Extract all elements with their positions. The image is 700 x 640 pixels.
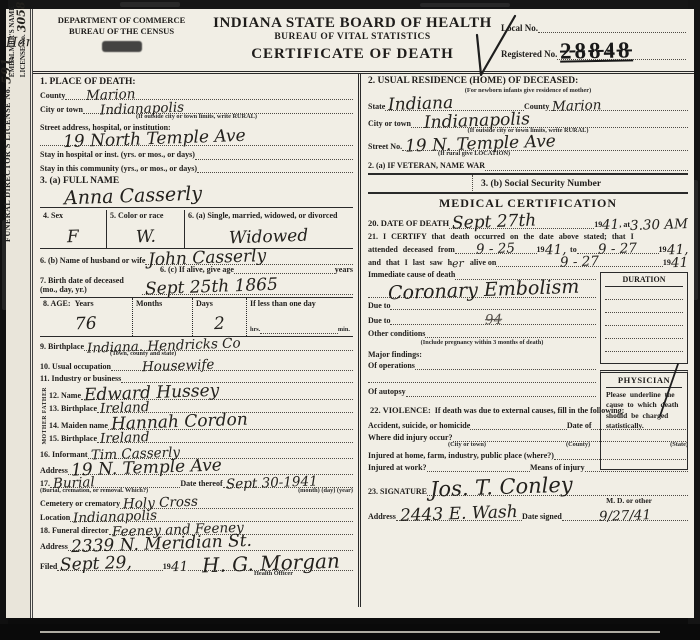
photo-blotch: [420, 3, 510, 7]
date-signed-label: Date signed: [522, 512, 562, 521]
filed-date-value: Sept 29,: [60, 556, 132, 574]
injured-work-line: [427, 463, 530, 472]
vitals-row: 4. Sex F 5. Color or race W. 6. (a) Sing…: [40, 210, 353, 249]
accident-label: Accident, suicide, or homicide: [368, 421, 470, 430]
age-months-label: Months: [136, 299, 189, 308]
mother-birthplace-label: 15. Birthplace: [49, 434, 97, 443]
age-min-label: min.: [338, 327, 350, 334]
burial-date-label: Date thereof: [180, 479, 222, 488]
autopsy-field: Of autopsy: [368, 387, 596, 396]
birthdate-field: 7. Birth date of deceased (mo., day, yr.…: [40, 276, 353, 294]
physician-address-field: Address 2443 E. Wash Date signed 9/27/41: [368, 507, 688, 521]
residence-state-line: Indiana: [385, 97, 524, 111]
medical-certification-title: MEDICAL CERTIFICATION: [368, 192, 688, 211]
department-block: DEPARTMENT OF COMMERCE BUREAU OF THE CEN…: [39, 15, 204, 52]
age-less-label: If less than one day: [250, 299, 350, 308]
mother-group: MOTHER 14. Maiden name Hannah Cordon 15.…: [40, 415, 353, 444]
cemetery-field: Cemetery or crematory Holy Cross: [40, 497, 353, 508]
birthplace-value: Indiana. Hendricks Co: [87, 337, 241, 354]
industry-line: [121, 374, 353, 383]
informant-label: 16. Informant: [40, 450, 88, 459]
industry-label: 11. Industry or business: [40, 374, 121, 383]
where-injury-label: Where did injury occur?: [368, 433, 453, 442]
informant-address-label: Address: [40, 466, 68, 475]
duration-line: [605, 287, 683, 300]
mother-maiden-field: 14. Maiden name Hannah Cordon: [49, 415, 353, 429]
title-block: INDIANA STATE BOARD OF HEALTH BUREAU OF …: [204, 15, 501, 63]
saw-year-value: 41: [671, 257, 689, 270]
embalmer-license-value: 3058: [16, 2, 27, 33]
birthdate-value: Sept 25th 1865: [145, 278, 278, 298]
dod-at-label: , at: [619, 220, 630, 229]
photo-blotch: [120, 2, 180, 7]
race-value: W.: [135, 229, 155, 245]
age-days-value: 2: [214, 317, 225, 333]
mother-birthplace-line: Ireland: [97, 432, 353, 443]
residence-street-value: 19 N. Temple Ave: [405, 135, 556, 156]
saw-date-value: 9 - 27: [560, 256, 599, 269]
dod-line: Sept 27th: [449, 215, 594, 229]
injured-work-label: Injured at work?: [368, 463, 427, 472]
marital-value: Widowed: [229, 228, 309, 246]
dateof-label: Date of: [567, 421, 592, 430]
occupation-field: 10. Usual occupation Housewife: [40, 360, 353, 371]
city-note: (If outside city or town limits, write R…: [40, 114, 353, 121]
duration-line: [605, 326, 683, 339]
to-year-prefix: 19: [659, 245, 667, 254]
mother-maiden-label: 14. Maiden name: [49, 421, 108, 430]
age-row: 8. AGE: Years 76 Months Days 2 If less t…: [40, 297, 353, 337]
dept-line1: DEPARTMENT OF COMMERCE: [39, 15, 204, 26]
saw-label: and that I last saw h: [368, 258, 452, 267]
county-field: County Marion: [40, 89, 353, 100]
residence-street-field: Street No. 19 N. Temple Ave: [368, 137, 688, 151]
residence-state-value: Indiana: [388, 96, 454, 114]
duration-line: [605, 339, 683, 352]
alive-on-label: alive on: [464, 258, 496, 267]
sex-value: F: [67, 229, 79, 245]
marital-cell: 6. (a) Single, married, widowed, or divo…: [184, 210, 353, 248]
due-to-1-label: Due to: [368, 301, 390, 310]
funeral-license-block: FUNERAL DIRECTOR'S LICENSE No. 591: [1, 0, 12, 242]
physician-address-line: 2443 E. Wash: [396, 507, 522, 521]
spouse-field: 6. (b) Name of husband or wife John Cass…: [40, 251, 353, 265]
right-column: 2. USUAL RESIDENCE (HOME) OF DECEASED: (…: [361, 74, 694, 607]
marital-label: 6. (a) Single, married, widowed, or divo…: [188, 211, 350, 220]
local-no-line: [538, 25, 686, 33]
alive-line: [234, 265, 335, 274]
other-conditions-line: [425, 329, 596, 338]
saw-pronoun: er: [452, 259, 464, 269]
attended-from-line: 9 - 25: [455, 243, 537, 254]
to-label: to: [566, 245, 577, 254]
spouse-value: John Casserly: [148, 249, 267, 268]
immediate-cause-label: Immediate cause of death: [368, 270, 455, 279]
birthplace-field: 9. Birthplace Indiana. Hendricks Co: [40, 340, 353, 351]
signature-line: Jos. T. Conley: [427, 478, 688, 496]
dod-time: 3.30 AM: [630, 218, 688, 232]
father-birthplace-label: 13. Birthplace: [49, 404, 97, 413]
attended-label: attended deceased from: [368, 245, 455, 254]
race-label: 5. Color or race: [110, 211, 181, 220]
attended-from-value: 9 - 25: [476, 242, 515, 255]
age-days-label: Days: [196, 299, 243, 308]
residence-title: 2. USUAL RESIDENCE (HOME) OF DECEASED:: [368, 76, 688, 86]
filed-date-line: Sept 29,: [57, 557, 162, 571]
county-label: County: [40, 91, 65, 100]
spouse-line: John Casserly: [145, 251, 353, 265]
father-name-line: Edward Hussey: [81, 386, 353, 400]
attended-to-line: 9 - 27: [577, 243, 659, 254]
full-name-value: Anna Casserly: [64, 185, 203, 207]
residence-city-value: Indianapolis: [424, 112, 530, 131]
residence-state-label: State: [368, 102, 385, 111]
father-group: FATHER 12. Name Edward Hussey 13. Birthp…: [40, 386, 353, 413]
age-hrs-line: [260, 325, 338, 334]
operations-label: Of operations: [368, 361, 415, 370]
city-value: Indianapolis: [100, 101, 184, 116]
birthdate-label: 7. Birth date of deceased (mo., day, yr.…: [40, 276, 142, 294]
stay-community-field: Stay in this community (yrs., or mos., o…: [40, 164, 353, 173]
embalmer-license-label: LICENSE No.: [19, 34, 27, 77]
violence-title-rest: If death was due to external causes, fil…: [435, 406, 625, 415]
age-hrs-label: hrs.: [250, 327, 260, 334]
father-name-label: 12. Name: [49, 391, 81, 400]
dod-value: Sept 27th: [452, 213, 537, 231]
other-conditions-field: Other conditions: [368, 329, 596, 338]
residence-city-field: City or town Indianapolis: [368, 114, 688, 128]
mother-maiden-line: Hannah Cordon: [108, 415, 353, 429]
duration-box: DURATION: [600, 272, 688, 364]
duration-line: [605, 313, 683, 326]
signature-value: Jos. T. Conley: [430, 476, 573, 500]
residence-county-line: Marion: [549, 100, 688, 111]
age-years-label: Years: [75, 299, 94, 308]
pregnancy-note: (Include pregnancy within 3 months of de…: [368, 340, 596, 347]
cemetery-label: Cemetery or crematory: [40, 499, 120, 508]
street-line: 19 North Temple Ave: [40, 132, 353, 146]
residence-street-line: 19 N. Temple Ave: [402, 137, 688, 151]
mother-birthplace-value: Ireland: [100, 431, 150, 445]
stay-hospital-field: Stay in hospital or inst. (yrs. or mos.,…: [40, 150, 353, 159]
cause-area: DURATION PHYSICIAN Please underline the …: [368, 270, 688, 396]
other-conditions-label: Other conditions: [368, 329, 425, 338]
bureau-subtitle: BUREAU OF VITAL STATISTICS: [204, 32, 501, 42]
saw-year-prefix: 19: [663, 258, 671, 267]
operations-field: Of operations: [368, 361, 596, 370]
major-findings-label: Major findings:: [368, 350, 596, 359]
father-name-field: 12. Name Edward Hussey: [49, 386, 353, 400]
stay-community-line: [197, 164, 353, 173]
date-of-death-field: 20. DATE OF DEATH Sept 27th 19 41 , at 3…: [368, 215, 688, 229]
ssn-label: 3. (b) Social Security Number: [473, 176, 601, 191]
mother-side-label: MOTHER: [40, 415, 49, 444]
form-number-smudge-stamp: [102, 41, 142, 52]
signature-label: 23. SIGNATURE: [368, 487, 427, 496]
signature-field: 23. SIGNATURE Jos. T. Conley: [368, 478, 688, 496]
duration-line: [605, 300, 683, 313]
physician-address-label: Address: [368, 512, 396, 521]
due-to-2-label: Due to: [368, 316, 390, 325]
county-line: Marion: [65, 89, 353, 100]
filed-label: Filed: [40, 562, 57, 571]
numbers-block: Local No. Registered No. 28848: [501, 15, 686, 69]
street-value: 19 North Temple Ave: [63, 129, 246, 151]
birthplace-line: Indiana. Hendricks Co: [84, 340, 353, 351]
residence-city-label: City or town: [368, 119, 411, 128]
occupation-label: 10. Usual occupation: [40, 362, 111, 371]
cemetery-location-value: Indianapolis: [73, 509, 157, 524]
burial-date-value: Sept 30-1941: [225, 476, 317, 491]
ssn-spacer: [368, 175, 473, 191]
dept-line2: BUREAU OF THE CENSUS: [39, 26, 204, 37]
occupation-value: Housewife: [142, 358, 215, 373]
funeral-address-label: Address: [40, 542, 68, 551]
physician-address-value: 2443 E. Wash: [400, 505, 518, 524]
date-signed-value: 9/27/41: [599, 509, 651, 523]
certificate-title: CERTIFICATE OF DEATH: [204, 46, 501, 63]
residence-county-value: Marion: [552, 99, 602, 113]
paper-under-edge: [40, 631, 660, 633]
certificate-scan: 2 Harold D. Unger EMBALMER'S NAME LICENS…: [6, 9, 694, 618]
mother-birthplace-field: 15. Birthplace Ireland: [49, 432, 353, 443]
cemetery-location-field: Location Indianapolis: [40, 511, 353, 522]
dod-year: 41: [602, 218, 620, 231]
sex-label: 4. Sex: [43, 211, 103, 220]
funeral-license-label: FUNERAL DIRECTOR'S LICENSE No.: [3, 86, 12, 242]
alive-suffix: years: [335, 265, 353, 274]
burial-field: 17. Burial Date thereof Sept 30-1941: [40, 477, 353, 488]
street-field: 19 North Temple Ave: [40, 132, 353, 146]
operations-line: [415, 361, 596, 370]
due-to-2-mark: 94: [484, 314, 502, 327]
from-year-prefix: 19: [537, 245, 545, 254]
ssn-row: 3. (b) Social Security Number: [368, 173, 688, 191]
stay-community-label: Stay in this community (yrs., or mos., o…: [40, 164, 197, 173]
registered-no-stamp: 28848: [560, 42, 633, 64]
means-label: Means of injury: [530, 463, 585, 472]
veteran-field: 2. (a) IF VETERAN, NAME WAR: [368, 161, 688, 170]
residence-street-label: Street No.: [368, 142, 402, 151]
immediate-cause-value-line: Coronary Embolism: [368, 282, 596, 298]
age-days-cell: Days 2: [192, 298, 246, 336]
date-signed-line: 9/27/41: [562, 510, 688, 521]
board-title: INDIANA STATE BOARD OF HEALTH: [204, 15, 501, 32]
father-side-label: FATHER: [40, 386, 49, 413]
autopsy-line: [406, 388, 596, 397]
residence-city-line: Indianapolis: [411, 114, 688, 128]
autopsy-label: Of autopsy: [368, 387, 406, 396]
filed-year-value: 41: [171, 561, 189, 574]
funeral-director-label: 18. Funeral director: [40, 526, 109, 535]
age-months-cell: Months: [132, 298, 192, 336]
note-city: (City or town): [448, 442, 486, 449]
occupation-line: Housewife: [111, 360, 353, 371]
funeral-license-value: 591: [1, 57, 13, 84]
left-column: 1. PLACE OF DEATH: County Marion City or…: [33, 74, 361, 607]
age-less-cell: If less than one day hrs. min.: [246, 298, 353, 336]
certificate-paper: DEPARTMENT OF COMMERCE BUREAU OF THE CEN…: [30, 9, 694, 618]
health-officer-signature: H. G. Morgan: [201, 552, 339, 575]
cemetery-location-label: Location: [40, 513, 70, 522]
violence-title-bold: 22. VIOLENCE:: [370, 405, 431, 415]
county-value: Marion: [86, 88, 136, 102]
health-officer-line: H. G. Morgan: [188, 554, 353, 571]
filed-field: Filed Sept 29, 19 41 H. G. Morgan: [40, 554, 353, 571]
due-to-2-line: 94: [390, 314, 596, 325]
spouse-label: 6. (b) Name of husband or wife: [40, 256, 145, 265]
birthdate-line: Sept 25th 1865: [142, 280, 353, 294]
filed-year-prefix: 19: [163, 562, 171, 571]
immediate-cause-value: Coronary Embolism: [388, 278, 580, 302]
attended-to-value: 9 - 27: [598, 242, 637, 255]
full-name-field: Anna Casserly: [40, 188, 353, 208]
saw-date-line: 9 - 27: [496, 256, 662, 267]
violence-checkmark-icon: [654, 362, 680, 420]
injured-place-label: Injured at home, farm, industry, public …: [368, 451, 554, 460]
burial-method-value: Burial: [53, 477, 95, 491]
age-years-value: 76: [75, 317, 97, 333]
veteran-line: [485, 162, 688, 171]
registered-no-line: 28848: [557, 42, 686, 59]
due-to-2-field: Due to 94: [368, 314, 596, 325]
age-label: 8. AGE:: [43, 299, 71, 308]
birthplace-label: 9. Birthplace: [40, 342, 84, 351]
dod-label: 20. DATE OF DEATH: [368, 219, 449, 229]
duration-label: DURATION: [605, 275, 683, 287]
veteran-label: 2. (a) IF VETERAN, NAME WAR: [368, 161, 485, 170]
place-of-death-title: 1. PLACE OF DEATH:: [40, 77, 353, 87]
city-label: City or town: [40, 105, 83, 114]
certify-line3: and that I last saw h er alive on 9 - 27…: [368, 256, 688, 267]
certify-line2: attended deceased from 9 - 25 19 41, to …: [368, 243, 688, 254]
note-county: (County): [566, 442, 590, 449]
age-years-cell: 8. AGE: Years 76: [40, 298, 132, 336]
header: DEPARTMENT OF COMMERCE BUREAU OF THE CEN…: [33, 9, 694, 71]
accident-line: [470, 421, 567, 430]
race-cell: 5. Color or race W.: [106, 210, 184, 248]
stay-hospital-line: [195, 151, 353, 160]
operations-line2: [368, 374, 596, 383]
sex-cell: 4. Sex F: [40, 210, 106, 248]
